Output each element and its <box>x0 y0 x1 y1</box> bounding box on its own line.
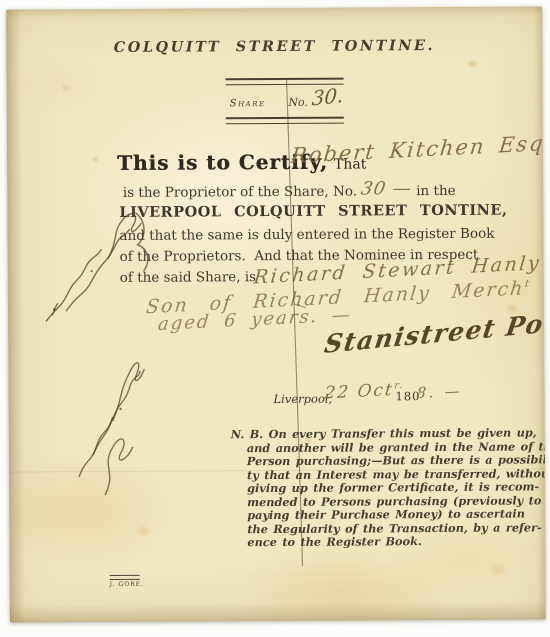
imprint-rule <box>110 575 140 580</box>
share-label: Share <box>230 98 281 109</box>
foxing-stain <box>135 525 151 538</box>
proprietor-name-handwritten: Robert Kitchen Esqre <box>290 130 546 168</box>
dateline-day-month-handwritten: 22 Octr. <box>323 379 405 403</box>
paper-bottom-edge-shadow <box>10 601 546 622</box>
share-number-handwritten: 30. <box>311 83 344 111</box>
share-no-label: No. <box>288 96 308 109</box>
trustee-signature-handwritten: Stanistreet Power <box>322 304 545 359</box>
dateline-year-suffix-handwritten: 8. — <box>416 382 464 402</box>
foxing-stain <box>488 563 508 578</box>
scanned-share-certificate: COLQUITT STREET TONTINE. Share No. 30. T… <box>0 0 550 637</box>
ink-dot <box>91 270 93 272</box>
body-line-4: and that the same is duly entered in the… <box>119 226 459 244</box>
dateline: Liverpool, 22 Octr. 180 8. — <box>8 380 544 409</box>
foxing-stain <box>466 59 478 69</box>
certificate-paper: COLQUITT STREET TONTINE. Share No. 30. T… <box>6 6 546 622</box>
imprint-text: J. GORE. <box>110 581 144 588</box>
ink-dot <box>53 308 55 310</box>
foxing-stain <box>91 155 100 164</box>
printer-imprint: J. GORE. <box>110 575 144 588</box>
share-number-inline-handwritten: 30 — <box>359 178 413 199</box>
body-line-2: is the Proprietor of the Share, No. 30 —… <box>119 179 459 202</box>
nb-note-paragraph: N. B. On every Transfer this must be giv… <box>231 426 532 549</box>
foxing-stain <box>61 83 71 92</box>
paper-left-edge-shadow <box>6 10 25 623</box>
box-bottom-rule <box>226 117 344 125</box>
nb-line: ence to the Register Book. <box>247 534 531 549</box>
certificate-title: COLQUITT STREET TONTINE. <box>6 36 542 56</box>
paper-top-edge-shadow <box>6 6 542 19</box>
share-number-box: Share No. 30. <box>226 78 344 125</box>
body-line-3: LIVERPOOL COLQUITT STREET TONTINE, <box>119 202 459 221</box>
